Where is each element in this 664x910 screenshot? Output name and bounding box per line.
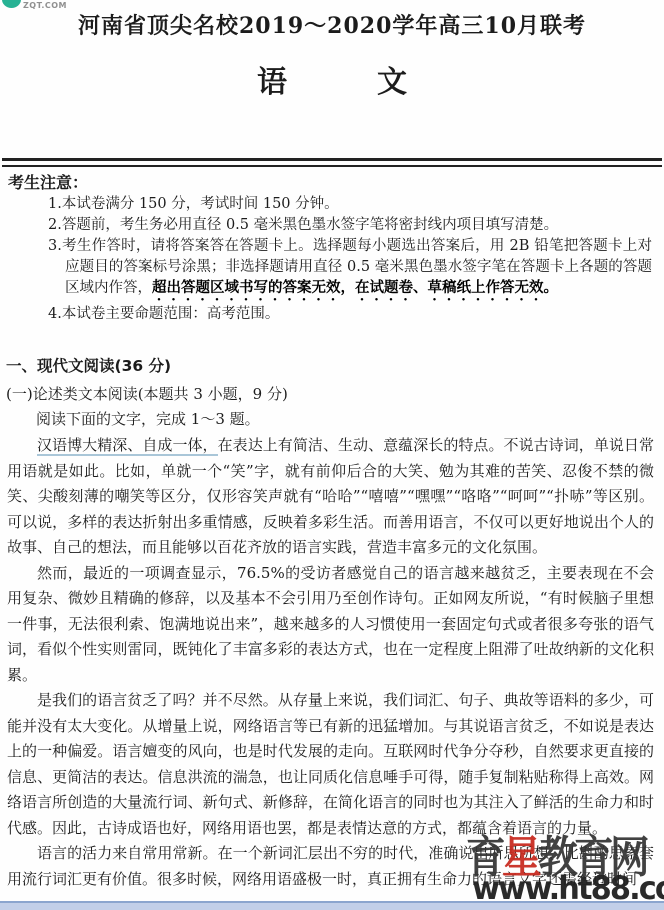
notice-item-4-text: 本试卷主要命题范围：高考范围。 [62, 306, 280, 322]
zqt-logo-text: ZQT.COM [23, 1, 67, 10]
subsection-heading: (一)论述类文本阅读(本题共 3 小题，9 分) [6, 382, 664, 406]
notice-item-3-num: 3. [48, 238, 62, 254]
subject-title: 语 文 [0, 57, 664, 101]
notice-item-2-text: 答题前，考生务必用直径 0.5 毫米黑色墨水签字笔将密封线内项目填写清楚。 [62, 217, 558, 233]
notice-item-3: 3.考生作答时，请将答案答在答题卡上。选择题每小题选出答案后，用 2B 铅笔把答… [8, 236, 652, 304]
exam-paper-page: ZQT.COM 河南省顶尖名校2019～2020学年高三10月联考 语 文 考生… [0, 0, 664, 910]
notice-heading: 考生注意： [8, 172, 652, 194]
watermark-url: www.ht88.com [472, 872, 664, 904]
notice-item-4: 4.本试卷主要命题范围：高考范围。 [8, 304, 652, 325]
window-bottom-scrollbar[interactable] [0, 901, 664, 910]
reading-passage: 汉语博大精深、自成一体，在表达上有简洁、生动、意蕴深长的特点。不说古诗词，单说日… [7, 433, 654, 892]
passage-paragraph-3: 是我们的语言贫乏了吗？并不尽然。从存量上来说，我们词汇、句子、典故等语料的多少，… [7, 688, 654, 841]
notice-item-4-num: 4. [48, 306, 62, 322]
section-heading-modern-reading: 一、现代文阅读(36 分) [6, 355, 664, 377]
notice-item-1-text: 本试卷满分 150 分，考试时间 150 分钟。 [62, 196, 339, 212]
double-rule-divider [2, 158, 662, 167]
exam-title: 河南省顶尖名校2019～2020学年高三10月联考 [6, 9, 658, 40]
candidate-notice: 考生注意： 1.本试卷满分 150 分，考试时间 150 分钟。 2.答题前，考… [0, 167, 664, 325]
zqt-logo-icon [2, 0, 21, 8]
passage-p1-underlined-phrase: 汉语博大精深、自成一体， [37, 436, 218, 456]
reading-instruction: 阅读下面的文字，完成 1～3 题。 [6, 407, 664, 432]
notice-item-3-emphasis: 超出答题区域书写的答案无效，在试题卷、草稿纸上作答无效。 [152, 280, 558, 296]
passage-paragraph-2: 然而，最近的一项调查显示，76.5%的受访者感觉自己的语言越来越贫乏，主要表现在… [7, 561, 654, 689]
passage-paragraph-1: 汉语博大精深、自成一体，在表达上有简洁、生动、意蕴深长的特点。不说古诗词，单说日… [7, 433, 654, 561]
notice-item-1: 1.本试卷满分 150 分，考试时间 150 分钟。 [8, 194, 652, 215]
notice-item-1-num: 1. [48, 196, 62, 212]
notice-item-2: 2.答题前，考生务必用直径 0.5 毫米黑色墨水签字笔将密封线内项目填写清楚。 [8, 215, 652, 236]
notice-item-2-num: 2. [48, 217, 62, 233]
